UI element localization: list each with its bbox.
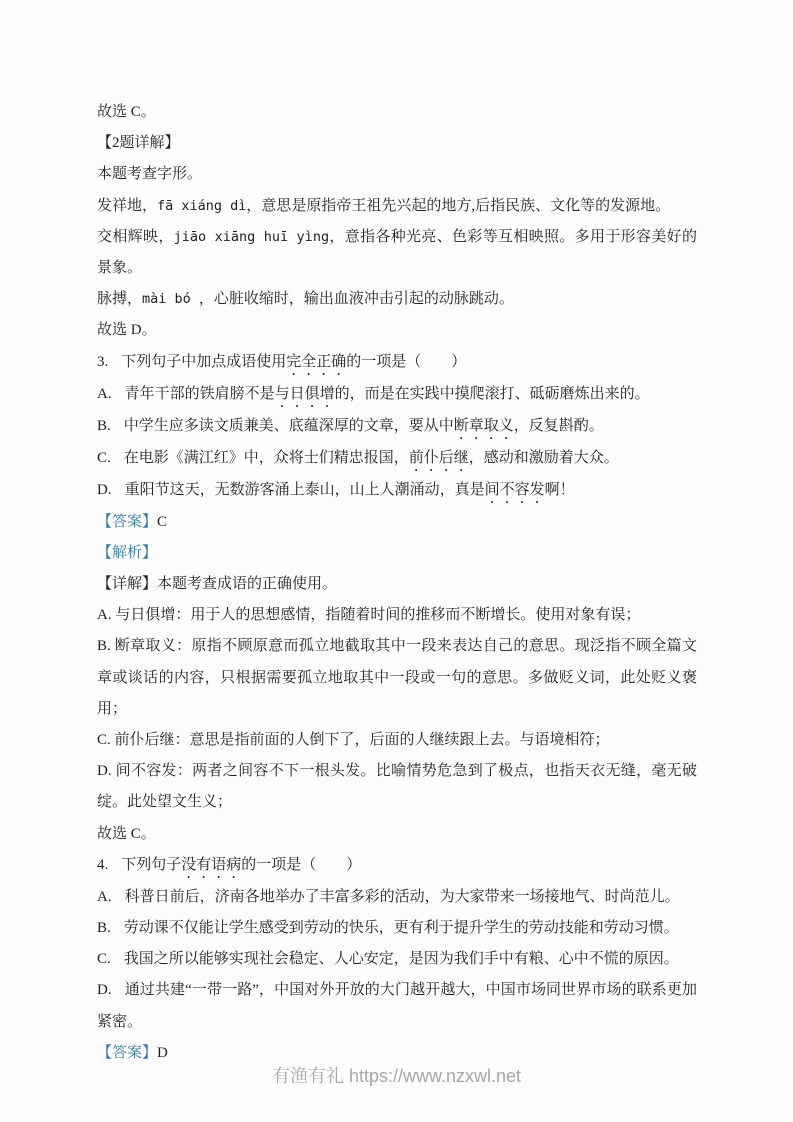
question-number: 4. (97, 857, 108, 873)
q4-title: 4.下列句子没有语病的一项是（ ） (97, 850, 697, 882)
option-label: C. (97, 450, 111, 466)
q2-intro: 本题考查字形。 (97, 159, 697, 190)
definition-text: ，心脏收缩时，输出血液冲击引起的动脉跳动。 (199, 291, 514, 307)
answer-value: D (157, 1045, 168, 1061)
option-label: C. (97, 951, 111, 967)
option-label: D. (97, 982, 112, 998)
q2-prev-conclusion: 故选 C。 (97, 97, 697, 128)
emphasized-text: 完全正确 (286, 354, 346, 370)
emphasized-text: 没有语病 (181, 857, 241, 873)
option-text: 我国之所以能够实现社会稳定、人心安定，是因为我们手中有粮、心中不慌的原因。 (124, 951, 679, 967)
q3-option-c: C.在电影《满江红》中，众将士们精忠报国，前仆后继，感动和激励着大众。 (97, 443, 697, 475)
q3-title: 3.下列句子中加点成语使用完全正确的一项是（ ） (97, 347, 697, 379)
pinyin-text: mài bó (142, 291, 199, 307)
option-label: B. (97, 418, 111, 434)
q4-option-b: B.劳动课不仅能让学生感受到劳动的快乐，更有利于提升学生的劳动技能和劳动习惯。 (97, 913, 697, 944)
option-label: D. (97, 482, 112, 498)
definition-word: 交相辉映， (97, 229, 174, 245)
detail-label: 【详解】 (97, 576, 157, 592)
pinyin-text: jiāo xiāng huī yìng (174, 229, 329, 245)
q4-option-a: A.科普日前后，济南各地举办了丰富多彩的活动，为大家带来一场接地气、时尚范儿。 (97, 882, 697, 913)
q3-option-b: B.中学生应多读文质兼美、底蕴深厚的文章，要从中断章取义，反复斟酌。 (97, 411, 697, 443)
analysis-label: 【解析】 (97, 545, 157, 561)
emphasized-idiom: 断章取义 (454, 418, 514, 434)
option-text: 在电影《满江红》中，众将士们精忠报国， (124, 450, 409, 466)
q2-heading: 【2题详解】 (97, 128, 697, 159)
q4-option-c: C.我国之所以能够实现社会稳定、人心安定，是因为我们手中有粮、心中不慌的原因。 (97, 944, 697, 975)
option-label: A. (97, 386, 112, 402)
option-text: 重阳节这天，无数游客涌上泰山，山上人潮涌动，真是 (125, 482, 485, 498)
definition-word: 发祥地， (97, 198, 157, 214)
definition-word: 脉搏， (97, 291, 142, 307)
document-body: 故选 C。 【2题详解】 本题考查字形。 发祥地，fā xiáng dì，意思是… (97, 97, 697, 1069)
option-label: A. (97, 889, 112, 905)
q3-explanation-a: A. 与日俱增：用于人的思想感情，指随着时间的推移而不断增长。使用对象有误； (97, 600, 697, 631)
pinyin-text: fā xiáng dì (157, 198, 246, 214)
question-text: 的一项是（ ） (346, 354, 466, 370)
option-text: 中学生应多读文质兼美、底蕴深厚的文章，要从中 (124, 418, 454, 434)
emphasized-idiom: 与日俱增 (275, 386, 335, 402)
answer-value: C (157, 514, 167, 530)
q3-explanation-b: B. 断章取义：原指不顾原意而孤立地截取其中一段来表达自己的意思。现泛指不顾全篇… (97, 631, 697, 725)
q4-option-d: D.通过共建“一带一路”，中国对外开放的大门越开越大，中国市场同世界市场的联系更… (97, 975, 697, 1037)
q3-conclusion: 故选 C。 (97, 819, 697, 850)
q3-option-d: D.重阳节这天，无数游客涌上泰山，山上人潮涌动，真是间不容发啊！ (97, 475, 697, 507)
detail-text: 本题考查成语的正确使用。 (157, 576, 337, 592)
option-text: 的，而是在实践中摸爬滚打、砥砺磨炼出来的。 (335, 386, 650, 402)
option-text: ，感动和激励着大众。 (469, 450, 619, 466)
question-text: 下列句子中加点成语使用 (121, 354, 286, 370)
q3-analysis-label: 【解析】 (97, 538, 697, 569)
q2-definition-jiaoxianghuiying: 交相辉映，jiāo xiāng huī yìng，意指各种光亮、色彩等互相映照。… (97, 222, 697, 284)
q3-explanation-d: D. 间不容发：两者之间容不下一根头发。比喻情势危急到了极点，也指天衣无缝，毫无… (97, 756, 697, 818)
option-text: ，反复斟酌。 (514, 418, 604, 434)
q2-definition-faxiangdi: 发祥地，fā xiáng dì，意思是原指帝王祖先兴起的地方,后指民族、文化等的… (97, 191, 697, 222)
option-text: 啊！ (545, 482, 575, 498)
definition-text: ，意思是原指帝王祖先兴起的地方,后指民族、文化等的发源地。 (246, 198, 670, 214)
q3-detail-intro: 【详解】本题考查成语的正确使用。 (97, 569, 697, 600)
option-text: 通过共建“一带一路”，中国对外开放的大门越开越大，中国市场同世界市场的联系更加紧… (97, 982, 697, 1029)
q2-definition-maibo: 脉搏，mài bó ，心脏收缩时，输出血液冲击引起的动脉跳动。 (97, 284, 697, 315)
option-text: 科普日前后，济南各地举办了丰富多彩的活动，为大家带来一场接地气、时尚范儿。 (125, 889, 680, 905)
answer-label: 【答案】 (97, 1045, 157, 1061)
watermark-footer: 有渔有礼 https://www.nzxwl.net (0, 1062, 793, 1088)
question-number: 3. (97, 354, 108, 370)
answer-label: 【答案】 (97, 514, 157, 530)
emphasized-idiom: 前仆后继 (409, 450, 469, 466)
q3-explanation-c: C. 前仆后继：意思是指前面的人倒下了，后面的人继续跟上去。与语境相符； (97, 725, 697, 756)
question-text: 下列句子 (121, 857, 181, 873)
option-text: 青年干部的铁肩膀不是 (125, 386, 275, 402)
q3-answer-line: 【答案】C (97, 507, 697, 538)
question-text: 的一项是（ ） (241, 857, 361, 873)
q2-conclusion: 故选 D。 (97, 315, 697, 346)
emphasized-idiom: 间不容发 (485, 482, 545, 498)
option-text: 劳动课不仅能让学生感受到劳动的快乐，更有利于提升学生的劳动技能和劳动习惯。 (124, 920, 679, 936)
option-label: B. (97, 920, 111, 936)
q3-option-a: A.青年干部的铁肩膀不是与日俱增的，而是在实践中摸爬滚打、砥砺磨炼出来的。 (97, 379, 697, 411)
